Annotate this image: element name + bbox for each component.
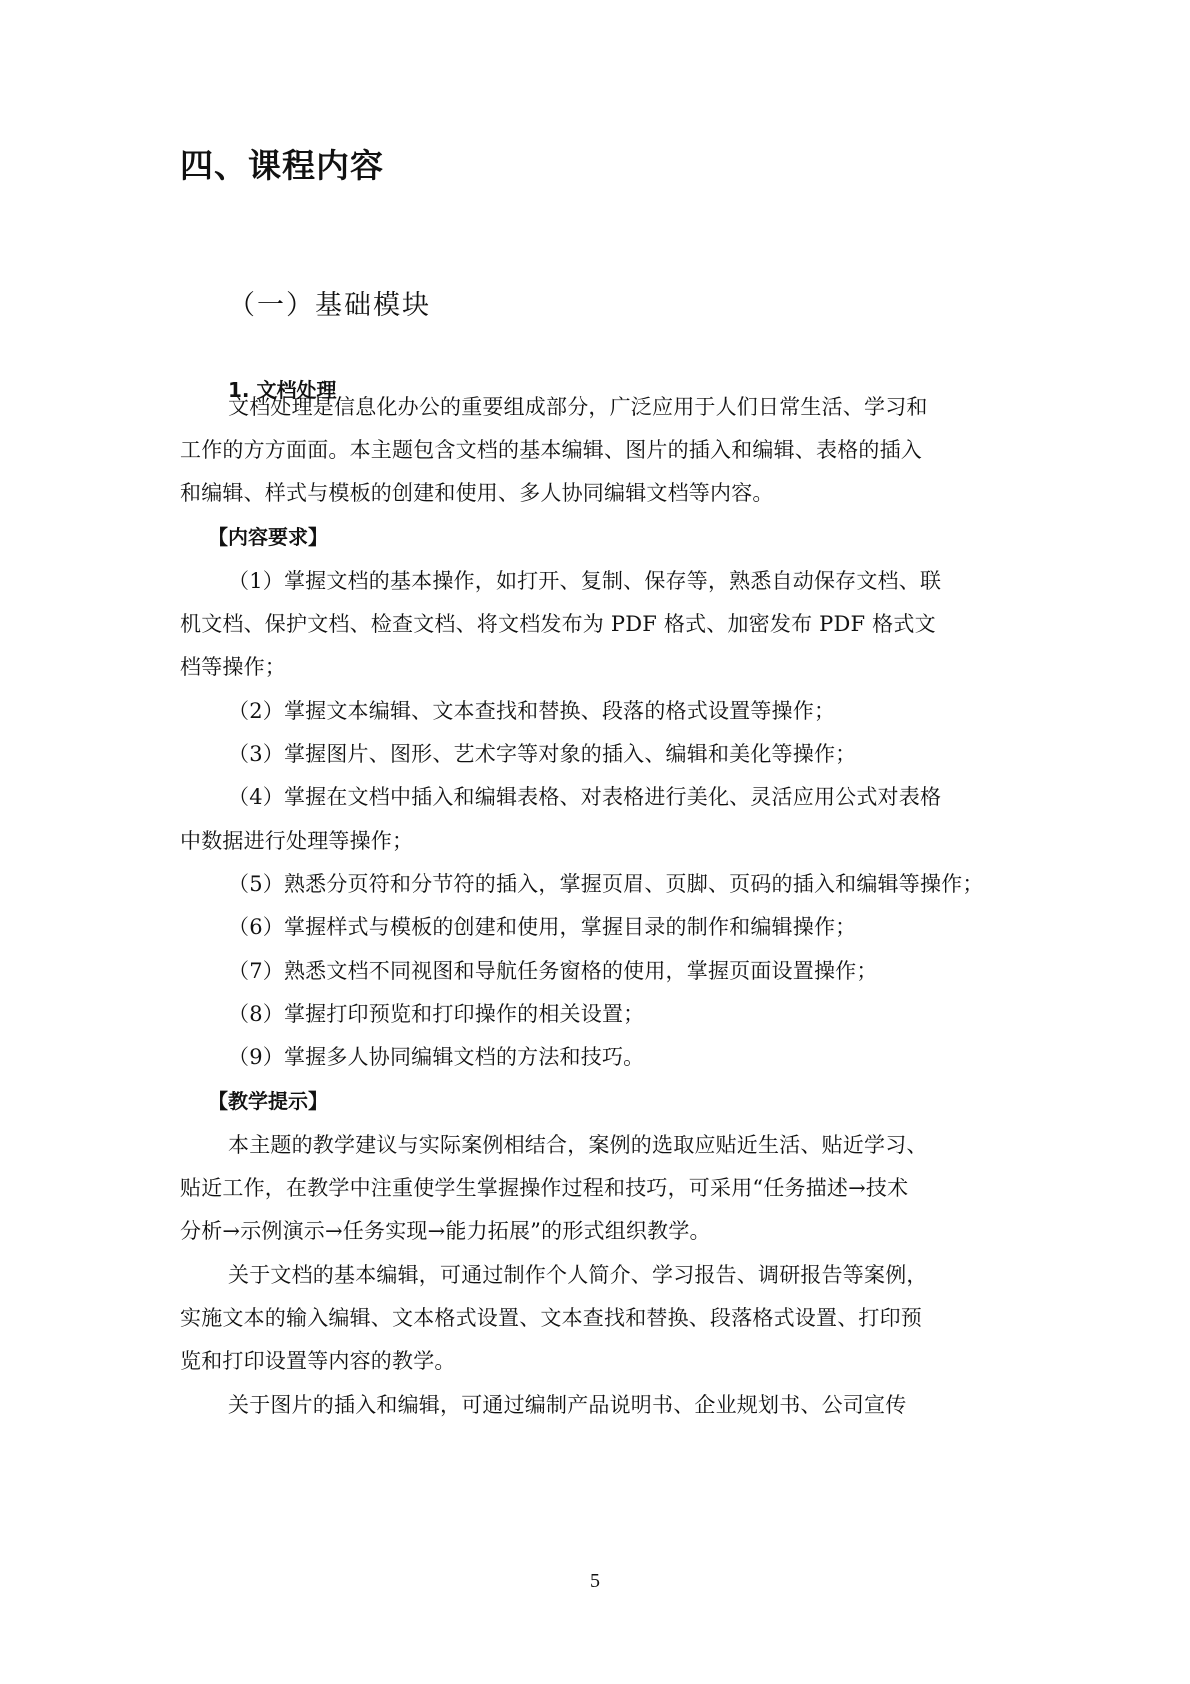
- document-page: 四、课程内容 （一）基础模块 1. 文档处理 文档处理是信息化办公的重要组成部分…: [0, 0, 1190, 1684]
- requirement-line: （5）熟悉分页符和分节符的插入，掌握页眉、页脚、页码的插入和编辑等操作；: [228, 869, 984, 899]
- requirement-line: 机文档、保护文档、检查文档、将文档发布为 PDF 格式、加密发布 PDF 格式文: [180, 609, 936, 639]
- requirement-line: （1）掌握文档的基本操作，如打开、复制、保存等，熟悉自动保存文档、联: [228, 566, 941, 596]
- teaching-line: 本主题的教学建议与实际案例相结合，案例的选取应贴近生活、贴近学习、: [228, 1130, 928, 1160]
- requirement-line: 档等操作；: [180, 652, 286, 682]
- teaching-line: 关于图片的插入和编辑，可通过编制产品说明书、企业规划书、公司宣传: [228, 1390, 906, 1420]
- requirement-line: （2）掌握文本编辑、文本查找和替换、段落的格式设置等操作；: [228, 696, 835, 726]
- requirement-line: （8）掌握打印预览和打印操作的相关设置；: [228, 999, 644, 1029]
- subsection-heading: （一）基础模块: [228, 288, 431, 324]
- teaching-line: 贴近工作，在教学中注重使学生掌握操作过程和技巧，可采用“任务描述→技术: [180, 1173, 908, 1203]
- requirement-line: （6）掌握样式与模板的创建和使用，掌握目录的制作和编辑操作；: [228, 912, 856, 942]
- section-heading: 四、课程内容: [180, 146, 384, 186]
- teaching-label: 【教学提示】: [208, 1087, 328, 1115]
- intro-line: 文档处理是信息化办公的重要组成部分，广泛应用于人们日常生活、学习和: [228, 392, 928, 422]
- teaching-line: 实施文本的输入编辑、文本格式设置、文本查找和替换、段落格式设置、打印预: [180, 1303, 922, 1333]
- requirement-line: 中数据进行处理等操作；: [180, 826, 413, 856]
- teaching-line: 关于文档的基本编辑，可通过制作个人简介、学习报告、调研报告等案例，: [228, 1260, 928, 1290]
- teaching-line: 分析→示例演示→任务实现→能力拓展”的形式组织教学。: [180, 1216, 711, 1246]
- requirements-label: 【内容要求】: [208, 523, 328, 551]
- teaching-line: 览和打印设置等内容的教学。: [180, 1346, 456, 1376]
- requirement-line: （9）掌握多人协同编辑文档的方法和技巧。: [228, 1042, 644, 1072]
- requirement-line: （7）熟悉文档不同视图和导航任务窗格的使用，掌握页面设置操作；: [228, 956, 878, 986]
- page-number: 5: [0, 1568, 1190, 1594]
- intro-line: 工作的方方面面。本主题包含文档的基本编辑、图片的插入和编辑、表格的插入: [180, 435, 922, 465]
- requirement-line: （3）掌握图片、图形、艺术字等对象的插入、编辑和美化等操作；: [228, 739, 856, 769]
- intro-line: 和编辑、样式与模板的创建和使用、多人协同编辑文档等内容。: [180, 478, 774, 508]
- requirement-line: （4）掌握在文档中插入和编辑表格、对表格进行美化、灵活应用公式对表格: [228, 782, 941, 812]
